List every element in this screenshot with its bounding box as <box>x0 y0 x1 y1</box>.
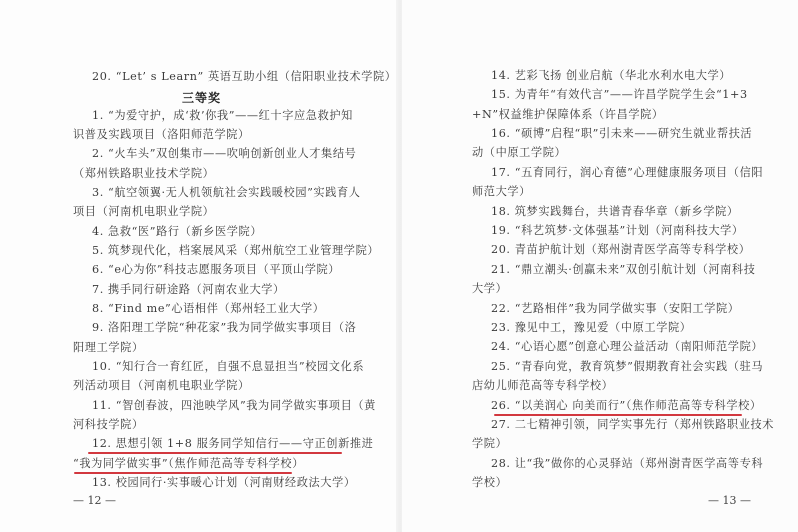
award-item-3-22: 22. “艺路相伴”我为同学做实事（安阳工学院） <box>491 302 740 316</box>
award-item-3-18: 18. 筑梦实践舞台，共谱青春华章（新乡学院） <box>491 205 739 219</box>
highlight-underline <box>88 452 342 454</box>
award-item-3-23: 23. 豫见中工，豫见爱（中原工学院） <box>491 321 692 335</box>
award-item-3-21-line1: 21. “鼎立潮头·创赢未来”双创引航计划（河南科技 <box>491 263 756 277</box>
award-item-3-17-line1: 17. “五育同行，润心育德”心理健康服务项目（信阳 <box>491 166 763 180</box>
award-item-3-11-line2: 河科技学院） <box>73 418 144 432</box>
award-item-3-14: 14. 艺彩飞扬 创业启航（华北水利水电大学） <box>491 69 731 83</box>
award-item-3-15-line1: 15. 为青年“有效代言”——许昌学院学生会“1+3 <box>491 88 748 102</box>
award-item-3-1-line2: 识普及实践项目（洛阳师范学院） <box>73 128 250 142</box>
award-item-3-3-line2: 项目（河南机电职业学院） <box>73 205 214 219</box>
award-item-3-11-line1: 11. “智创春波，四池映学风”我为同学做实事项目（黄 <box>92 399 376 413</box>
award-item-2-20: 20. “Let’ s Learn” 英语互助小组（信阳职业技术学院） <box>92 70 397 84</box>
award-item-3-7: 7. 携手同行研途路（河南农业大学） <box>92 283 285 297</box>
page-number: — 12 — <box>73 494 116 507</box>
highlight-underline <box>74 472 292 474</box>
page-number: — 13 — <box>708 494 751 507</box>
award-item-3-2-line1: 2. “火车头”双创集市——吹响创新创业人才集结号 <box>92 147 356 161</box>
award-item-3-17-line2: 师范大学） <box>472 185 531 199</box>
award-item-3-8: 8. “Find me”心语相伴（郑州轻工业大学） <box>92 302 325 316</box>
page-13: 14. 艺彩飞扬 创业启航（华北水利水电大学） 15. 为青年“有效代言”——许… <box>402 0 798 532</box>
award-item-3-24: 24. “心语心愿”创意心理公益活动（南阳师范学院） <box>491 340 763 354</box>
award-item-3-6: 6. “e心为你”科技志愿服务项目（平顶山学院） <box>92 263 340 277</box>
award-item-3-2-line2: （郑州铁路职业技术学院） <box>73 167 214 181</box>
award-item-3-1-line1: 1. “为爱守护，成‘救’你我”——红十字应急救护知 <box>92 109 353 123</box>
award-item-3-9-line1: 9. 洛阳理工学院“种花家”我为同学做实事项目（洛 <box>92 321 356 335</box>
award-item-3-19: 19. “科艺筑梦·文体强基”计划（河南科技大学） <box>491 224 744 238</box>
highlight-underline <box>494 414 742 416</box>
award-item-3-16-line1: 16. “硕博”启程“职”引未来——研究生就业帮扶活 <box>491 127 752 141</box>
award-item-3-28-line2: 学校） <box>472 476 507 490</box>
award-item-3-27-line1: 27. 二七精神引领，同学实事先行（郑州铁路职业技术 <box>491 418 774 432</box>
award-item-3-21-line2: 大学） <box>472 282 507 296</box>
award-item-3-25-line1: 25. “青春向党，教育筑梦”假期教育社会实践（驻马 <box>491 360 763 374</box>
award-item-3-27-line2: 学院） <box>472 437 507 451</box>
award-item-3-3-line1: 3. “航空领翼·无人机领航社会实践暖校园”实践育人 <box>92 186 361 200</box>
award-item-3-12-line2: “我为同学做实事”（焦作师范高等专科学校） <box>73 457 304 471</box>
award-item-3-25-line2: 店幼儿师范高等专科学校） <box>472 379 613 393</box>
award-item-3-20: 20. 青苗护航计划（郑州澍青医学高等专科学校） <box>491 243 751 257</box>
page-12: 20. “Let’ s Learn” 英语互助小组（信阳职业技术学院） 三等奖 … <box>0 0 398 532</box>
section-heading-third-prize: 三等奖 <box>182 89 221 106</box>
award-item-3-9-line2: 阳理工学院） <box>73 341 144 355</box>
award-item-3-4: 4. 急救“医”路行（新乡医学院） <box>92 225 262 239</box>
award-item-3-26: 26. “以美润心 向美而行”（焦作师范高等专科学校） <box>491 399 762 413</box>
award-item-3-10-line2: 列活动项目（河南机电职业学院） <box>73 379 250 393</box>
award-item-3-28-line1: 28. 让“我”做你的心灵驿站（郑州澍青医学高等专科 <box>491 457 763 471</box>
award-item-3-15-line2: +N”权益维护保障体系（许昌学院） <box>472 108 664 122</box>
award-item-3-13: 13. 校园同行·实事暖心计划（河南财经政法大学） <box>92 476 356 490</box>
award-item-3-12-line1: 12. 思想引领 1+8 服务同学知信行——守正创新推进 <box>92 437 373 451</box>
award-item-3-5: 5. 筑梦现代化，档案展风采（郑州航空工业管理学院） <box>92 244 379 258</box>
award-item-3-10-line1: 10. “知行合一育红匠，自强不息显担当”校园文化系 <box>92 360 364 374</box>
award-item-3-16-line2: 动（中原工学院） <box>472 146 566 160</box>
